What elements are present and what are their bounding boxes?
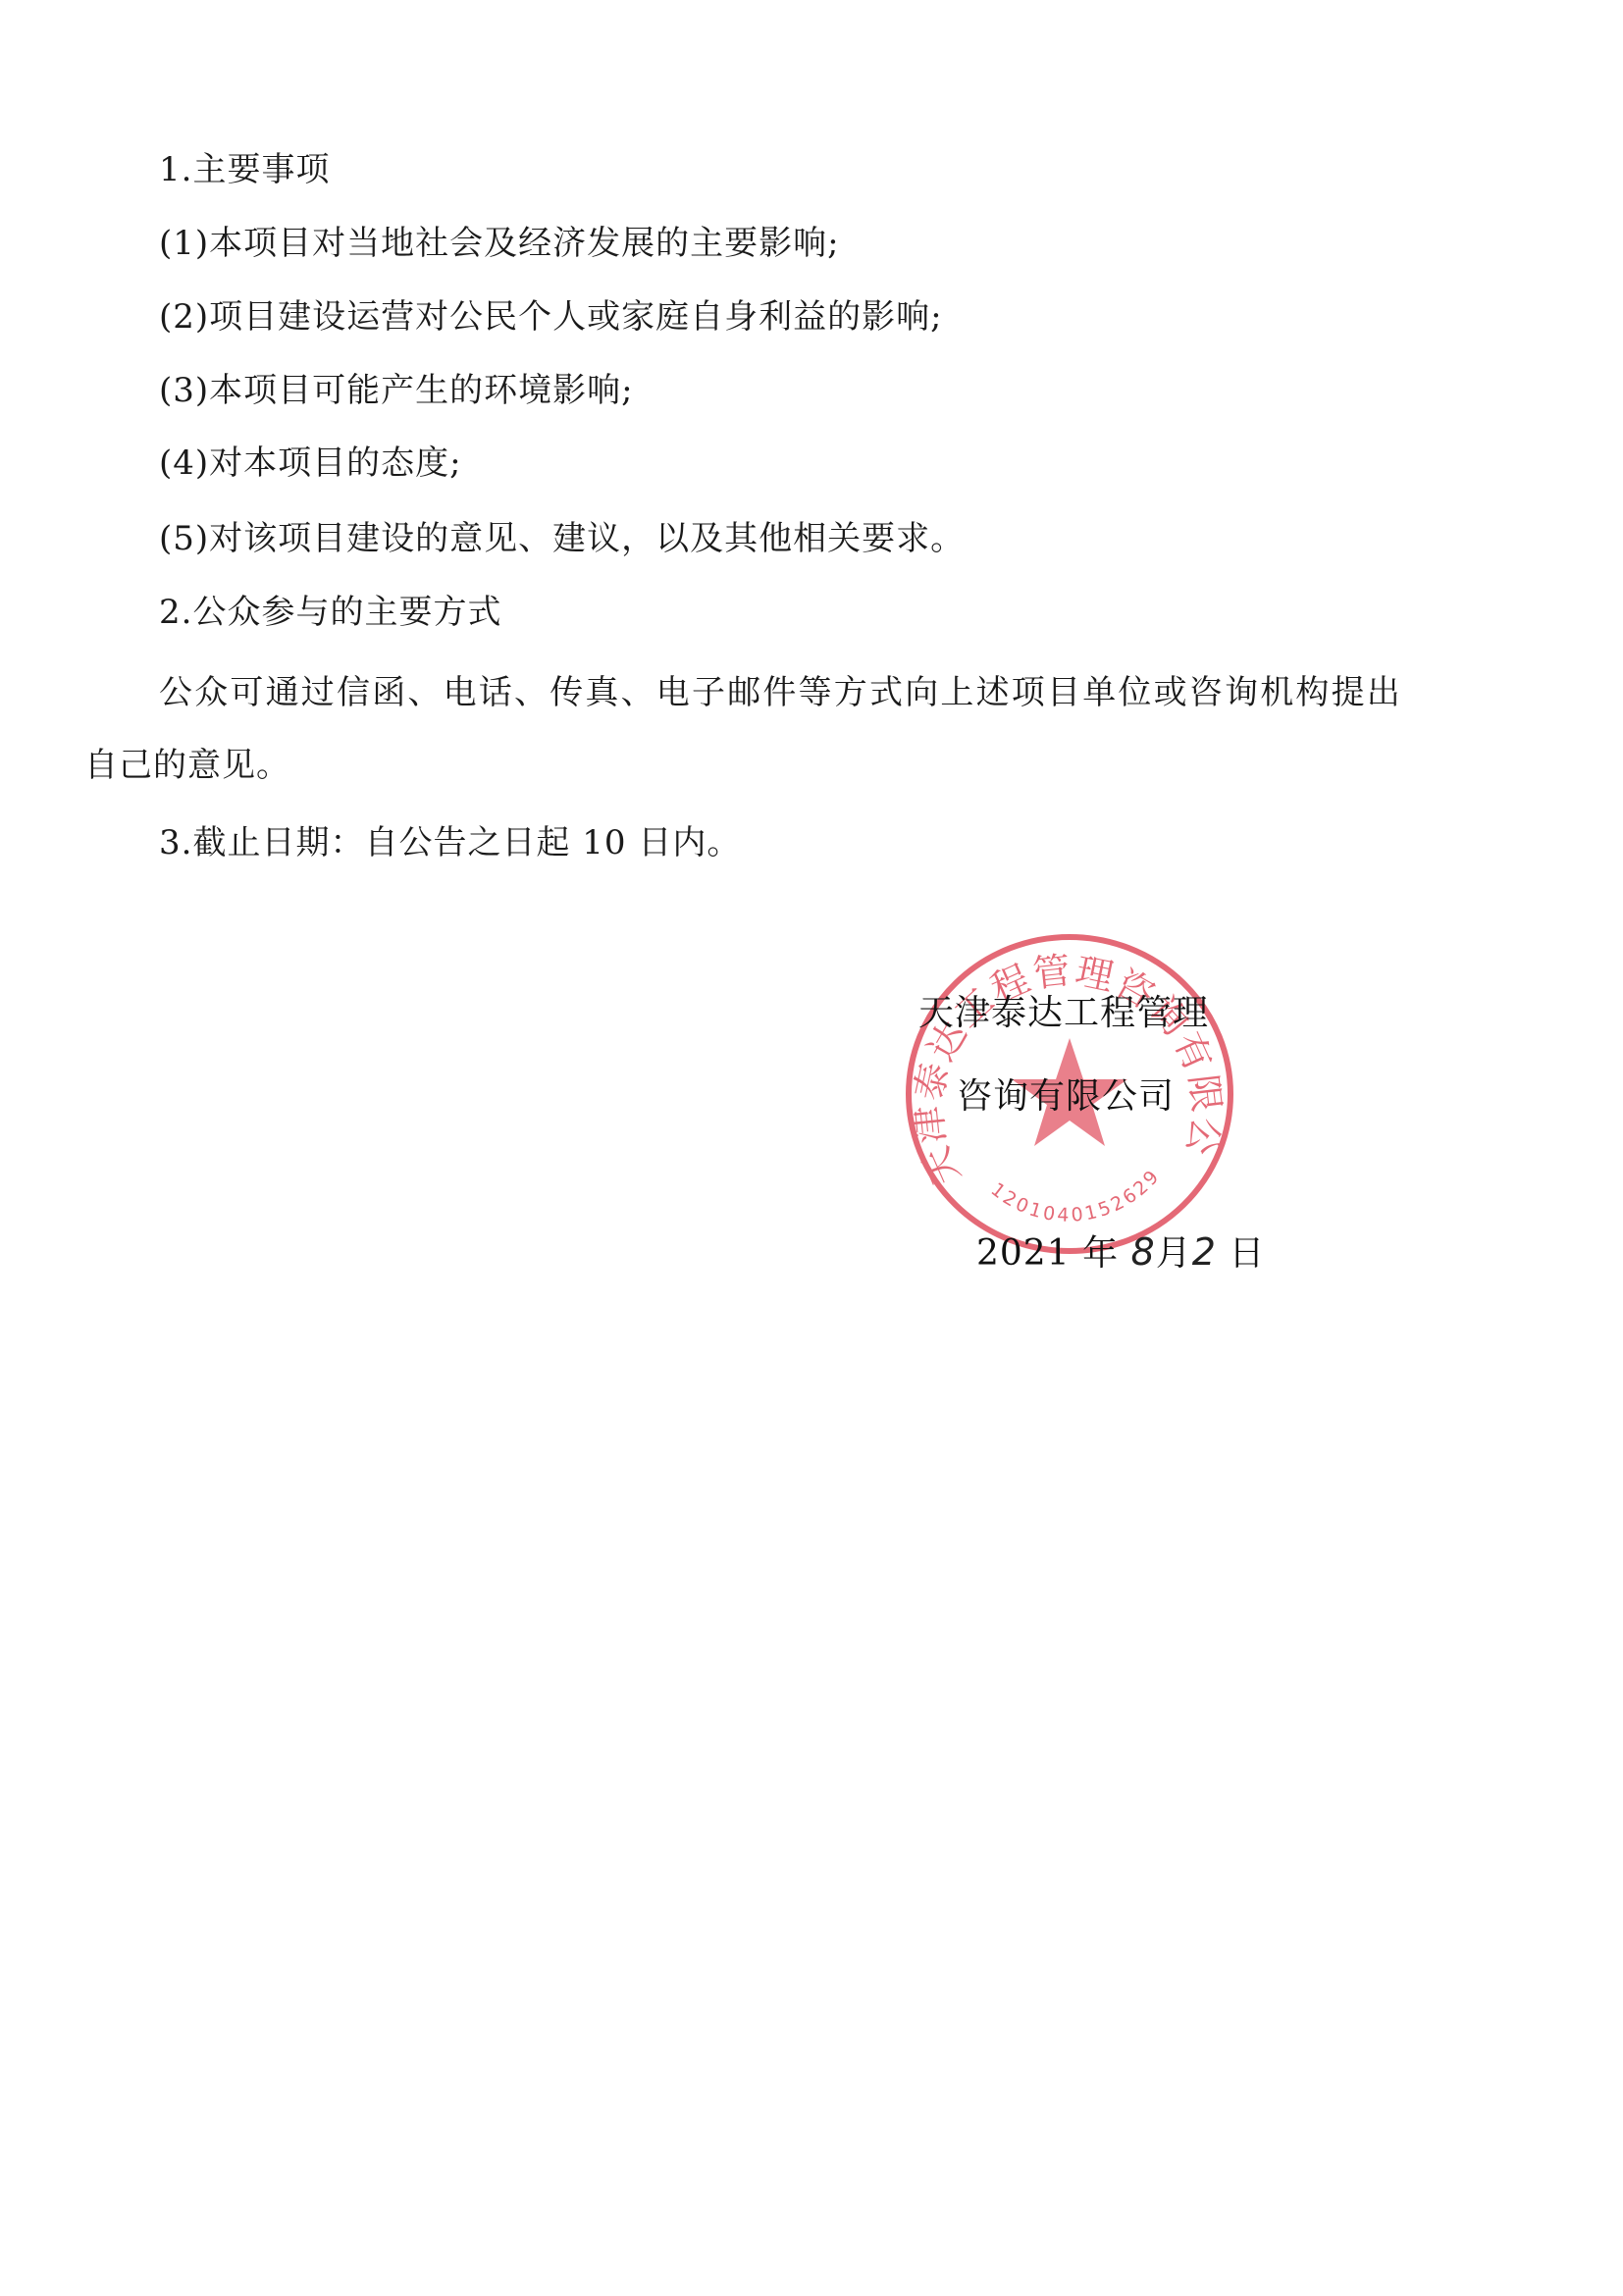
section-1-item-4: (4)对本项目的态度;: [159, 444, 462, 483]
section-1-item-5: (5)对该项目建设的意见、建议，以及其他相关要求。: [159, 519, 965, 558]
date-month-handwritten: 8: [1131, 1230, 1156, 1274]
signature-date: 2021 年 8月2 日: [976, 1231, 1265, 1275]
section-2-body-line-1: 公众可通过信函、电话、传真、电子邮件等方式向上述项目单位或咨询机构提出: [159, 673, 1402, 712]
date-year-suffix: 年: [1082, 1233, 1119, 1274]
document-page: 1.主要事项 (1)本项目对当地社会及经济发展的主要影响; (2)项目建设运营对…: [0, 0, 1623, 2296]
date-day-suffix: 日: [1229, 1233, 1265, 1274]
date-year: 2021: [976, 1233, 1071, 1274]
section-1-heading: 1.主要事项: [159, 150, 330, 189]
section-2-heading: 2.公众参与的主要方式: [159, 593, 501, 632]
signature-company-line-1: 天津泰达工程管理: [918, 993, 1209, 1034]
seal-registration-code: 1201040152629: [987, 1165, 1166, 1226]
date-day-handwritten: 2: [1192, 1230, 1217, 1274]
date-month-suffix: 月: [1156, 1233, 1192, 1274]
section-3-deadline: 3.截止日期：自公告之日起 10 日内。: [159, 823, 741, 862]
section-1-item-1: (1)本项目对当地社会及经济发展的主要影响;: [159, 224, 840, 263]
section-1-item-3: (3)本项目可能产生的环境影响;: [159, 371, 634, 410]
section-2-body-line-2: 自己的意见。: [84, 746, 290, 785]
section-1-item-2: (2)项目建设运营对公民个人或家庭自身利益的影响;: [159, 297, 943, 337]
signature-company-line-2: 咨询有限公司: [957, 1076, 1175, 1118]
